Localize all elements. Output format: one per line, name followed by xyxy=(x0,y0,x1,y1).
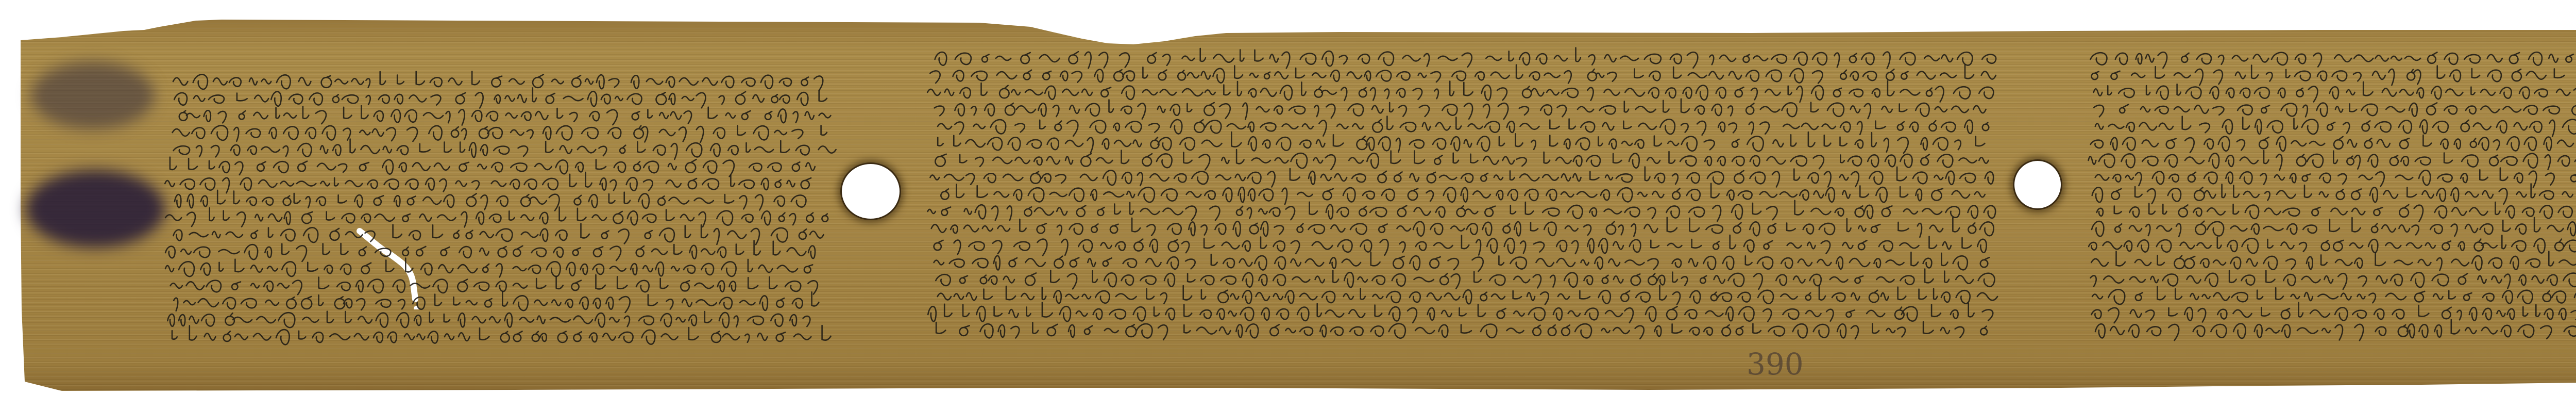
ink-blot-upper xyxy=(31,62,155,129)
ink-blot-lower xyxy=(26,170,165,248)
binding-hole-right xyxy=(2014,161,2061,208)
leaf-crack xyxy=(355,227,428,309)
palm-leaf xyxy=(0,0,2576,410)
binding-hole-left xyxy=(842,164,900,219)
bottom-handwritten-mark: 390 xyxy=(1747,347,1804,382)
